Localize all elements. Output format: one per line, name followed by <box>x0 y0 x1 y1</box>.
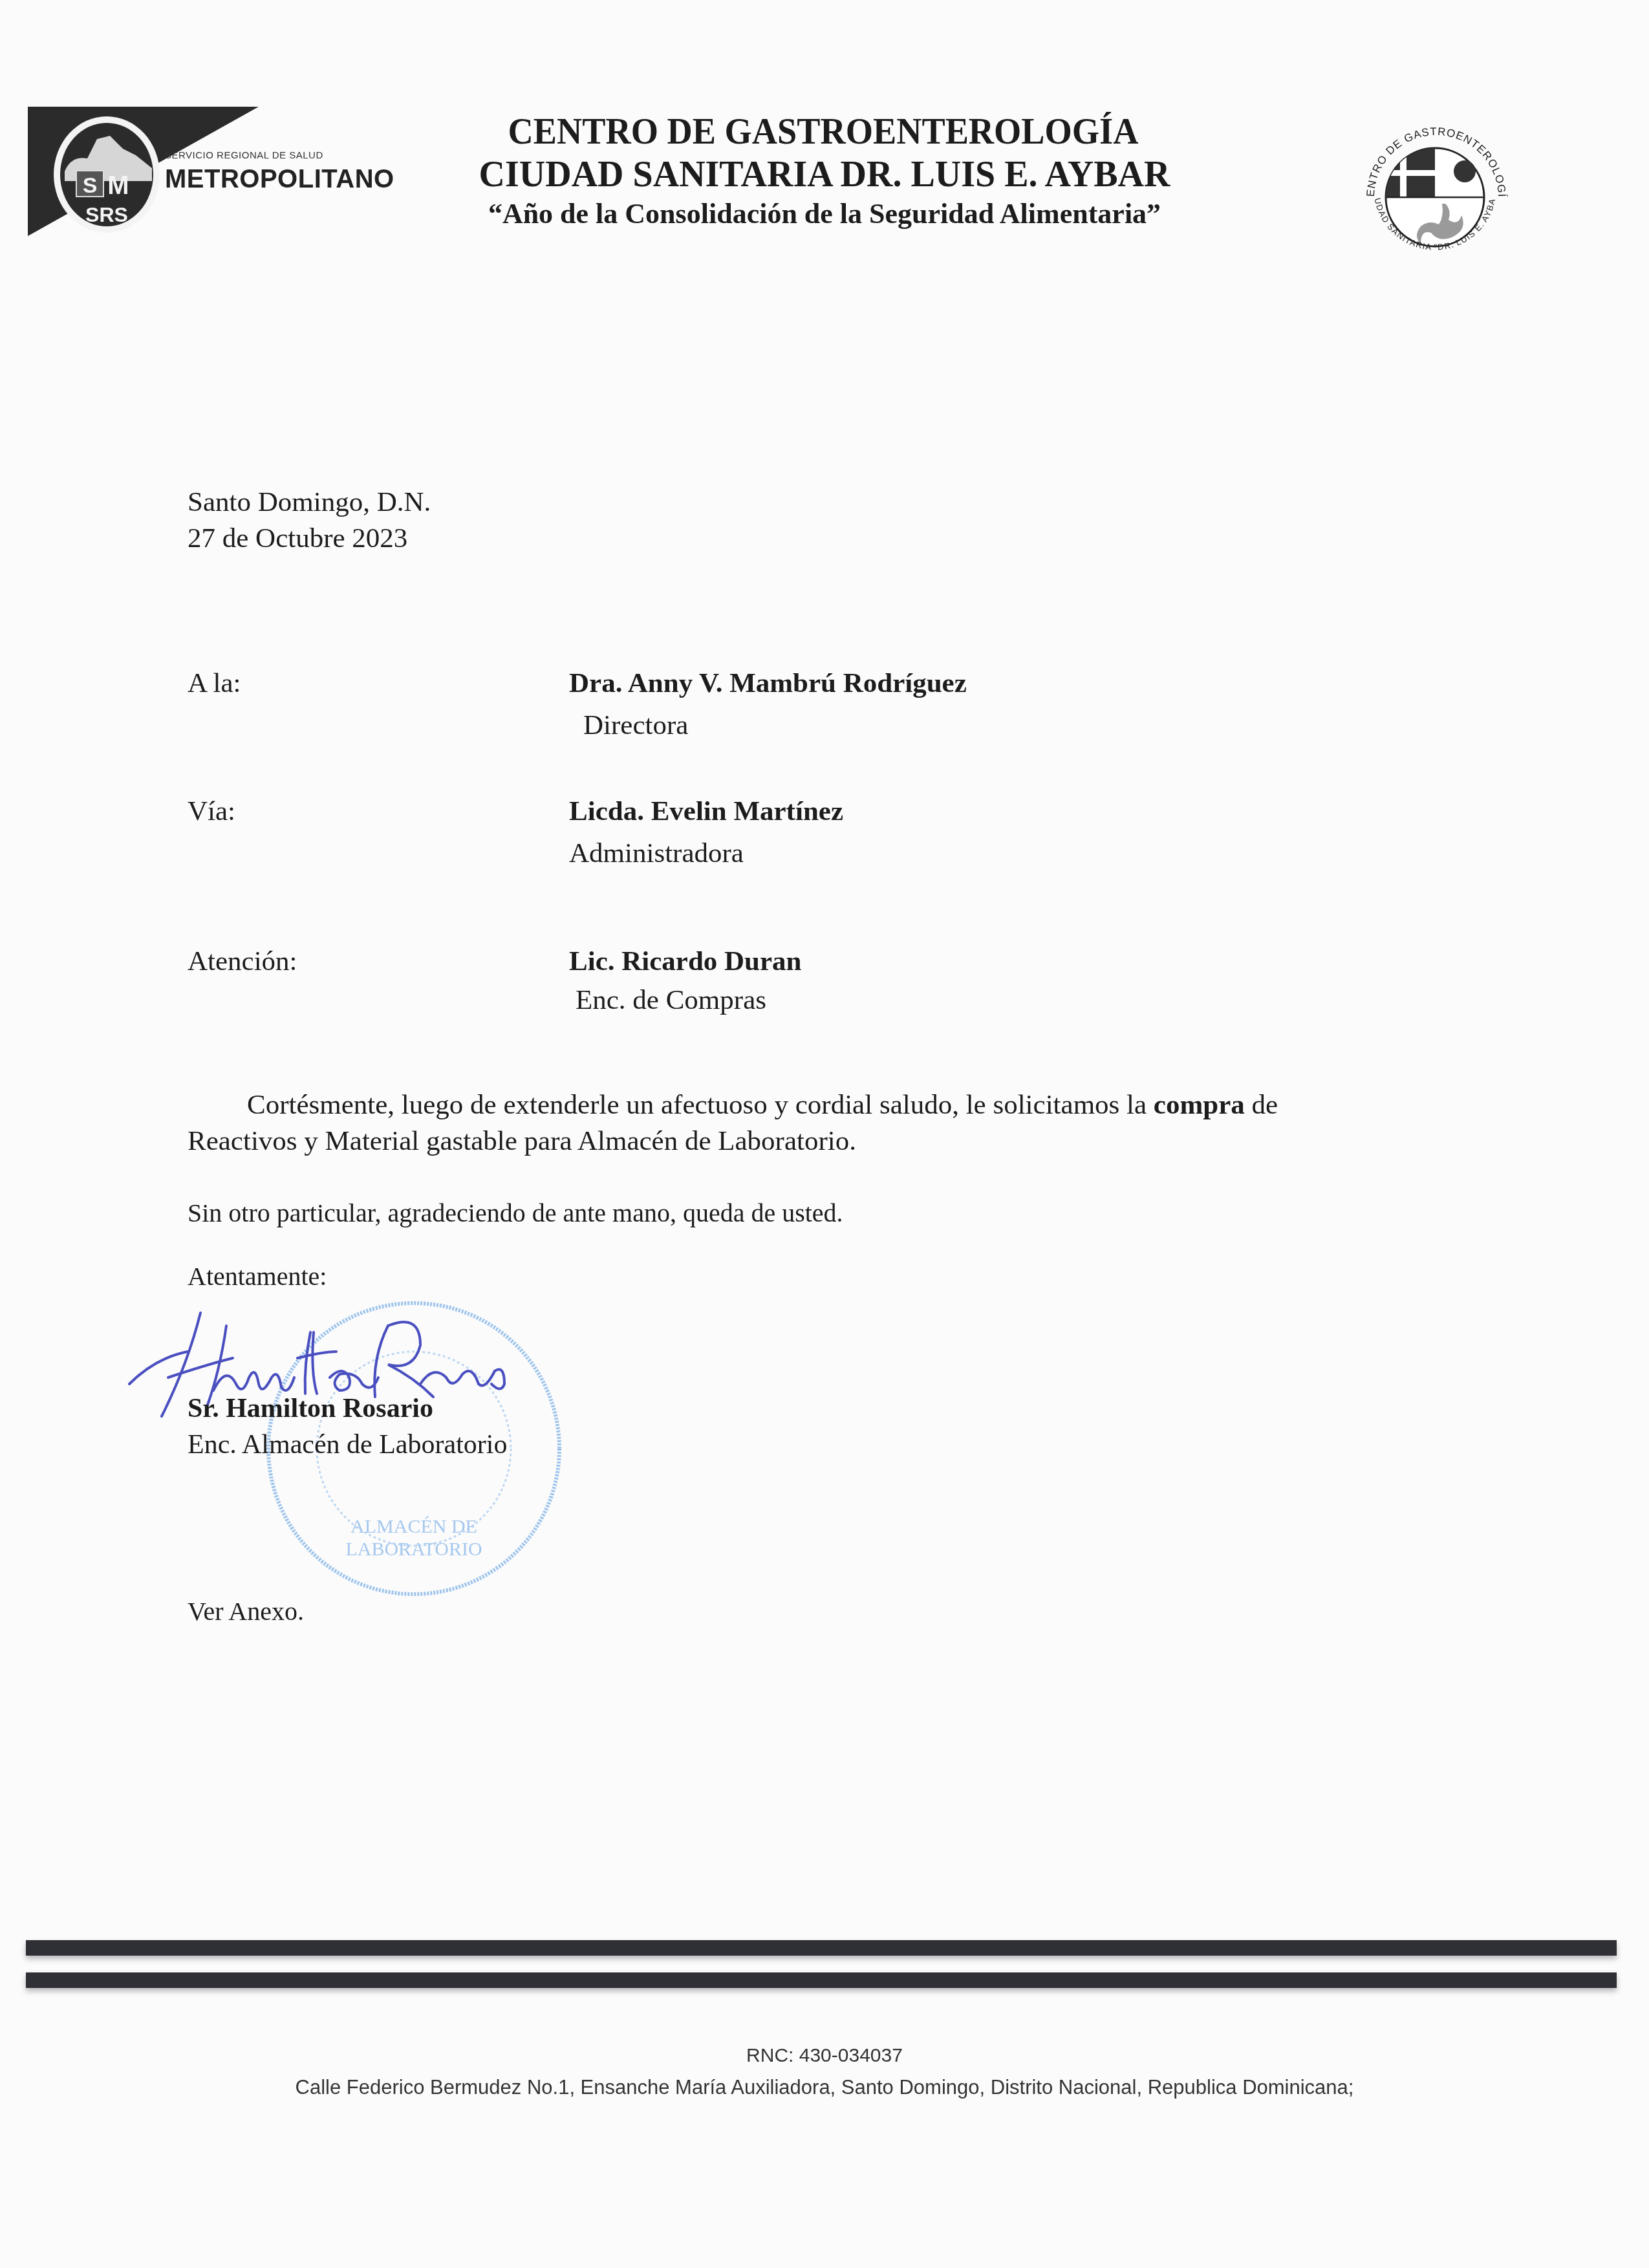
letter-date: 27 de Octubre 2023 <box>188 523 407 554</box>
body-emphasis: compra <box>1154 1090 1245 1120</box>
recipient-role: Directora <box>583 709 688 741</box>
gastroenterology-seal-icon: CENTRO DE GASTROENTEROLOGÍA CIUDAD SANIT… <box>1348 100 1520 272</box>
signer-role: Enc. Almacén de Laboratorio <box>188 1429 507 1460</box>
body-paragraph-line1: Cortésmente, luego de extenderle un afec… <box>247 1089 1278 1121</box>
recipient-role: Administradora <box>569 837 744 869</box>
recipient-name: Lic. Ricardo Duran <box>569 945 802 977</box>
body-text: de <box>1245 1090 1278 1120</box>
body-text: Cortésmente, luego de extenderle un afec… <box>247 1090 1154 1120</box>
recipient-name: Licda. Evelin Martínez <box>569 795 843 827</box>
recipient-label: A la: <box>188 667 241 699</box>
svg-text:ALMACÉN DE: ALMACÉN DE <box>350 1516 477 1537</box>
recipient-label: Vía: <box>188 795 235 827</box>
footer-address: Calle Federico Bermudez No.1, Ensanche M… <box>0 2076 1649 2099</box>
body-paragraph-line2: Reactivos y Material gastable para Almac… <box>188 1125 856 1157</box>
signer-name: Sr. Hamilton Rosario <box>188 1393 433 1424</box>
recipient-label: Atención: <box>188 945 297 977</box>
annex-note: Ver Anexo. <box>188 1596 304 1626</box>
closing-text: Sin otro particular, agradeciendo de ant… <box>188 1198 843 1228</box>
recipient-name: Dra. Anny V. Mambrú Rodríguez <box>569 667 967 699</box>
footer-rnc: RNC: 430-034037 <box>0 2045 1649 2067</box>
svg-text:LABORATORIO: LABORATORIO <box>345 1539 482 1560</box>
footer-divider-bottom <box>26 1972 1617 1988</box>
recipient-role: Enc. de Compras <box>576 984 766 1016</box>
footer-divider-top <box>26 1940 1617 1956</box>
letter-place: Santo Domingo, D.N. <box>188 486 431 518</box>
